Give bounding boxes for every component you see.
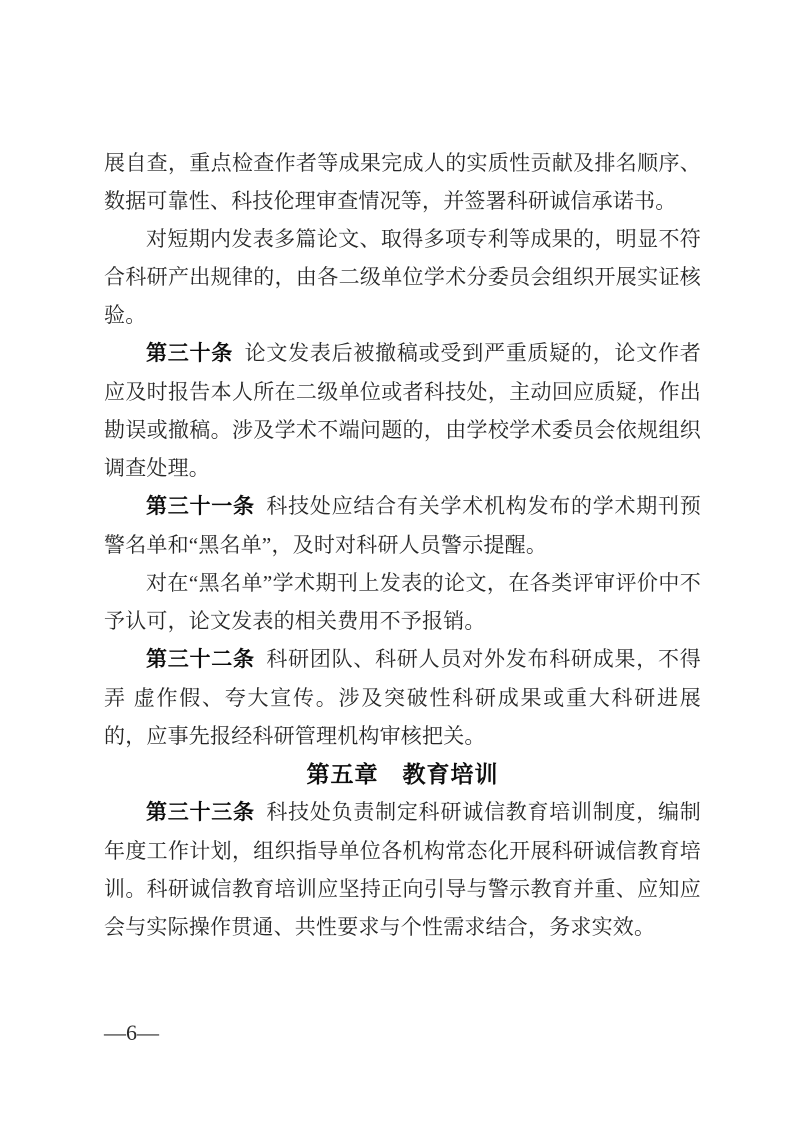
paragraph: 对短期内发表多篇论文、取得多项专利等成果的，明显不符合科研产出规律的，由各二级单… <box>104 220 701 334</box>
chapter-heading: 第五章 教育培训 <box>104 755 701 793</box>
paragraph-article-30: 第三十条论文发表后被撤稿或受到严重质疑的，论文作者应及时报告本人所在二级单位或者… <box>104 334 701 487</box>
paragraph-article-32: 第三十二条科研团队、科研人员对外发布科研成果，不得弄 虚作假、夸大宣传。涉及突破… <box>104 640 701 755</box>
paragraph-article-31: 第三十一条科技处应结合有关学术机构发布的学术期刊预警名单和“黑名单”，及时对科研… <box>104 487 701 564</box>
article-number: 第三十二条 <box>146 648 255 671</box>
paragraph: 对在“黑名单”学术期刊上发表的论文，在各类评审评价中不予认可，论文发表的相关费用… <box>104 564 701 640</box>
paragraph-continuation: 展自查，重点检查作者等成果完成人的实质性贡献及排名顺序、数据可靠性、科技伦理审查… <box>104 144 701 220</box>
article-number: 第三十一条 <box>146 495 255 518</box>
paragraph-article-33: 第三十三条科技处负责制定科研诚信教育培训制度，编制年度工作计划，组织指导单位各机… <box>104 793 701 946</box>
article-number: 第三十条 <box>146 342 233 365</box>
document-body: 展自查，重点检查作者等成果完成人的实质性贡献及排名顺序、数据可靠性、科技伦理审查… <box>104 144 701 946</box>
document-page: 展自查，重点检查作者等成果完成人的实质性贡献及排名顺序、数据可靠性、科技伦理审查… <box>0 0 794 1122</box>
article-number: 第三十三条 <box>146 801 255 824</box>
page-number: —6— <box>104 1019 159 1047</box>
